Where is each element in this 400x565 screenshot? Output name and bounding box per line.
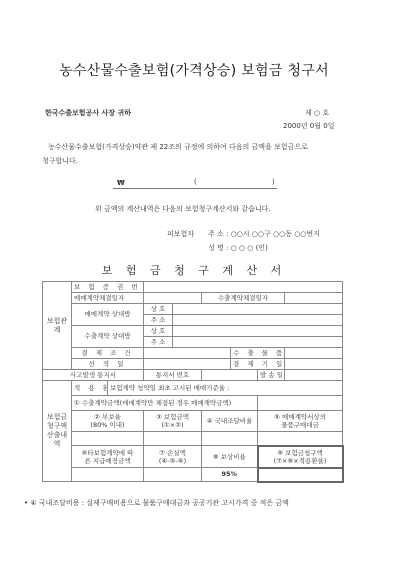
loss-amount-field[interactable] (144, 468, 202, 482)
domestic-procurement-label: ④ 국내조달비율 (202, 411, 258, 432)
compensation-rate-value: 95% (202, 468, 258, 482)
policy-number-label: 보 험 증 권 번 호 (72, 282, 144, 293)
payment-due-label: 결 제 기 일 (231, 359, 285, 370)
insured-amount-label: ③ 보험금액(①×②) (144, 411, 202, 432)
loss-amount-label: ⑦ 손실액(④-⑤-⑥) (144, 446, 202, 468)
accident-notice-label: 사고발생 통지서 (43, 370, 144, 381)
claim-paragraph-line2: 청구합니다. (42, 156, 78, 166)
export-goods-field[interactable] (285, 348, 343, 359)
coverage-rate-label: ② 부보율(80% 이내) (72, 411, 144, 432)
export-goods-label: 수 출 물 품 (231, 348, 285, 359)
sale-address-label: 주 소 (144, 315, 173, 326)
insured-address-label: 주 소 (208, 229, 224, 239)
paren-close: ) (272, 178, 275, 186)
calc-statement: 위 금액의 계산내역은 다음의 보험청구계산서와 같습니다. (95, 204, 271, 214)
section-insurance-relation-label: 보험관계 (43, 282, 72, 370)
insured-label: 피보험자 (167, 229, 194, 239)
compensation-rate-label: ⑧ 보상비율 (202, 446, 258, 468)
sale-contract-date-label: 매매계약체결일자 (72, 293, 144, 304)
notice-number-field[interactable] (202, 370, 258, 381)
export-company-field[interactable] (173, 326, 343, 337)
payment-due-field[interactable] (285, 359, 343, 370)
section-claim-breakdown-label: 보험금청구액산출내역 (43, 381, 72, 482)
addressee: 한국수출보험공사 사장 귀하 (45, 108, 131, 118)
export-address-label: 주 소 (144, 337, 173, 348)
other-insurance-payment-field[interactable] (72, 468, 144, 482)
won-symbol: ₩ (117, 179, 125, 187)
claim-calculation-table: 보험관계 보 험 증 권 번 호 매매계약체결일자 수출계약체결일자 매매계약 … (42, 281, 344, 483)
claim-amount-field[interactable] (258, 468, 343, 482)
notice-number-label: 통지서 번호 (144, 370, 202, 381)
send-date-label: 발 송 일 (258, 370, 285, 381)
export-company-label: 상 호 (144, 326, 173, 337)
export-contract-date-field[interactable] (285, 293, 343, 304)
calc-sheet-title: 보 험 금 청 구 계 산 서 (0, 262, 388, 278)
payment-terms-label: 결 제 조 건 (72, 348, 144, 359)
claim-amount-label: ⑨ 보험금청구액(⑦×⑧×적용환율) (258, 446, 343, 468)
document-number: 제 ○ 호 (305, 108, 329, 118)
send-date-field[interactable] (285, 370, 343, 381)
sale-company-field[interactable] (173, 304, 343, 315)
footnote: • ④ 국내조달비용 : 실제구매비용으로 물품구매대금과 공공기관 고시가격 … (24, 498, 289, 508)
insured-name-value: : ○ ○ ○ (인) (226, 243, 268, 253)
export-contract-amount-field[interactable] (258, 396, 343, 411)
sale-company-label: 상 호 (144, 304, 173, 315)
applied-rate-value[interactable]: 보험계약 청약일 최초 고시된 매매기준율 : (108, 381, 343, 396)
claim-paragraph-line1: 농수산물수출보험(가격상승)약관 제 22조의 규정에 의하여 다음의 금액을 … (48, 142, 308, 152)
sale-address-field[interactable] (173, 315, 343, 326)
shipping-date-label: 선 적 일 (72, 359, 144, 370)
purchase-price-label: ⑤ 매매계약서상의물품구매대금 (258, 411, 343, 432)
sale-counterparty-label: 매매계약 상대방 (72, 304, 144, 326)
purchase-price-field[interactable] (258, 432, 343, 446)
export-contract-amount-label: ① 수출계약금액(매매계약만 체결된 경우 매매계약금액) (72, 396, 258, 411)
paren-open: ( (194, 178, 197, 186)
page-title: 농수산물수출보험(가격상승) 보험금 청구서 (0, 60, 388, 80)
insured-address-value: : ○○시 ○○구 ○○동 ○○번지 (226, 229, 320, 239)
payment-terms-field[interactable] (144, 348, 231, 359)
export-counterparty-label: 수출계약 상대방 (72, 326, 144, 348)
other-insurance-payment-label: ⑥타보험계약에 따른 지급예정금액 (72, 446, 144, 468)
insured-name-label: 성 명 (208, 243, 224, 253)
shipping-date-field[interactable] (144, 359, 231, 370)
applied-rate-label: 적 용 환 율 (72, 381, 108, 396)
insured-amount-field[interactable] (144, 432, 202, 446)
sale-contract-date-field[interactable] (144, 293, 202, 304)
document-date: 2000년 0월 0일 (283, 121, 334, 131)
export-address-field[interactable] (173, 337, 343, 348)
policy-number-field[interactable] (144, 282, 343, 293)
coverage-rate-field[interactable] (72, 432, 144, 446)
export-contract-date-label: 수출계약체결일자 (202, 293, 285, 304)
domestic-procurement-field[interactable] (202, 432, 258, 446)
